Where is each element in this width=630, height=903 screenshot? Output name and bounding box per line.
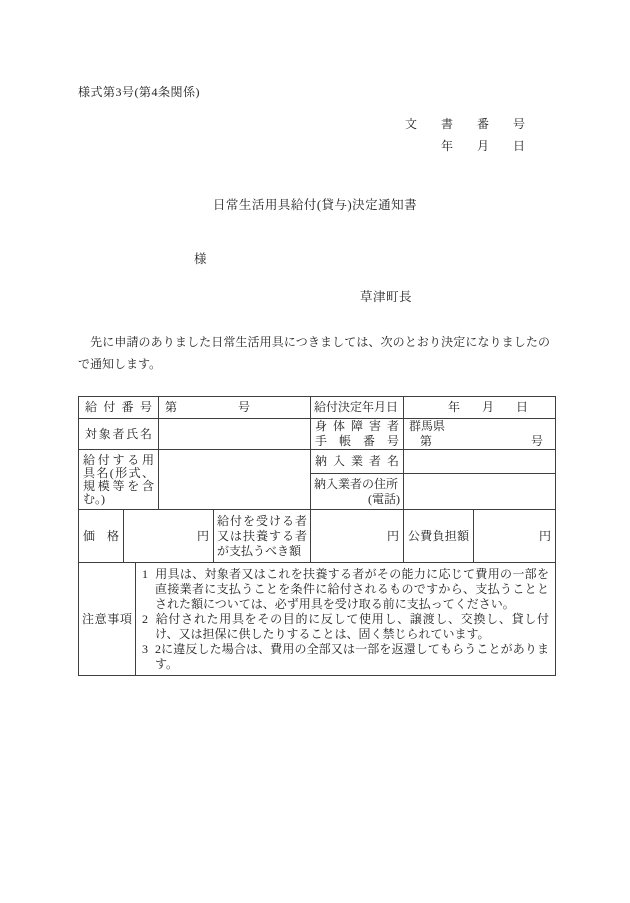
note-text: 給付された用具をその目的に反して使用し、譲渡し、交換し、貸し付け、又は担保に供し… [155, 612, 549, 641]
note-item: 32に違反した場合は、費用の全部又は一部を返還してもらうことがあります。 [142, 642, 549, 672]
payable-label: 給付を受ける者又は扶養する者が支払うべき額 [214, 514, 310, 559]
decision-date-value-cell: 年 月 日 [404, 397, 556, 419]
public-expense-label-cell: 公費負担額 [404, 510, 474, 563]
document-ref-block: 文 書 番 号 年 月 日 [405, 113, 555, 157]
public-expense-value-cell: 円 [474, 510, 556, 563]
table-subrow-supplier-name: 納入業者名 [311, 450, 556, 474]
certificate-prefix: 第 [420, 434, 432, 449]
certificate-label: 身体障害者 手帳番号 [311, 419, 403, 449]
equipment-value-cell [159, 450, 311, 510]
date-line: 年 月 日 [405, 135, 531, 157]
table-subrow-supplier-address: 納入業者の住所 (電話) [311, 474, 556, 510]
public-expense-label: 公費負担額 [404, 529, 473, 544]
issuer-name: 草津町長 [360, 287, 412, 305]
grant-number-prefix: 第 [165, 400, 177, 415]
payable-unit: 円 [311, 529, 403, 544]
payable-value-cell: 円 [311, 510, 404, 563]
supplier-address-label-line1: 納入業者の住所 [311, 477, 403, 492]
price-value-cell: 円 [124, 510, 214, 563]
supplier-address-value-cell [404, 474, 556, 510]
notes-label-cell: 注意事項 [79, 563, 136, 676]
grant-number-label-cell: 給付番号 [79, 397, 159, 419]
document-title: 日常生活用具給付(貸与)決定通知書 [0, 195, 630, 213]
certificate-value-cell: 群馬県 第 号 [404, 419, 556, 450]
decision-date-label-cell: 給付決定年月日 [311, 397, 404, 419]
table-row-price: 価格 円 給付を受ける者又は扶養する者が支払うべき額 円 公費負担額 円 [79, 510, 556, 563]
supplier-address-label-line2: (電話) [311, 492, 403, 507]
grant-number-value-cell: 第 号 [159, 397, 311, 419]
addressee-honorific: 様 [194, 249, 207, 267]
note-text: 2に違反した場合は、費用の全部又は一部を返還してもらうことがあります。 [155, 642, 549, 671]
decision-date-value: 年 月 日 [404, 400, 555, 415]
supplier-name-label-cell: 納入業者名 [311, 450, 404, 474]
certificate-prefecture: 群馬県 [404, 419, 555, 434]
notes-label: 注意事項 [79, 612, 135, 627]
table-row-equipment-supplier: 給付する用具名(形式、規模等を含む。) 納入業者名 納入業者の住所 (電話) [79, 450, 556, 510]
note-number: 1 [142, 567, 148, 581]
form-number: 様式第3号(第4条関係) [78, 83, 200, 100]
public-expense-unit: 円 [474, 529, 555, 544]
supplier-name-label: 納入業者名 [311, 454, 403, 469]
document-number-line: 文 書 番 号 [405, 113, 531, 135]
price-unit: 円 [124, 529, 213, 544]
equipment-label: 給付する用具名(形式、規模等を含む。) [79, 454, 158, 506]
recipient-label: 対象者氏名 [79, 427, 158, 442]
supplier-address-label-cell: 納入業者の住所 (電話) [311, 474, 404, 510]
note-item: 1用具は、対象者又はこれを扶養する者がその能力に応じて費用の一部を直接業者に支払… [142, 567, 549, 612]
notes-content-cell: 1用具は、対象者又はこれを扶養する者がその能力に応じて費用の一部を直接業者に支払… [136, 563, 556, 676]
decision-date-label: 給付決定年月日 [311, 400, 403, 415]
payable-label-cell: 給付を受ける者又は扶養する者が支払うべき額 [214, 510, 311, 563]
price-label: 価格 [79, 529, 123, 544]
recipient-value-cell [159, 419, 311, 450]
certificate-suffix: 号 [531, 434, 543, 449]
grant-number-suffix: 号 [238, 400, 250, 415]
note-item: 2給付された用具をその目的に反して使用し、譲渡し、交換し、貸し付け、又は担保に供… [142, 612, 549, 642]
note-number: 2 [142, 612, 148, 626]
table-row-notes: 注意事項 1用具は、対象者又はこれを扶養する者がその能力に応じて費用の一部を直接… [79, 563, 556, 676]
note-number: 3 [142, 642, 148, 656]
price-label-cell: 価格 [79, 510, 124, 563]
body-paragraph: 先に申請のありました日常生活用具につきましては、次のとおり決定になりましたので通… [78, 331, 550, 375]
note-text: 用具は、対象者又はこれを扶養する者がその能力に応じて費用の一部を直接業者に支払う… [155, 567, 549, 611]
recipient-label-cell: 対象者氏名 [79, 419, 159, 450]
document-page: 様式第3号(第4条関係) 文 書 番 号 年 月 日 日常生活用具給付(貸与)決… [0, 0, 630, 903]
table-row-grant-number: 給付番号 第 号 給付決定年月日 年 月 日 [79, 397, 556, 419]
table-row-recipient: 対象者氏名 身体障害者 手帳番号 群馬県 第 号 [79, 419, 556, 450]
equipment-label-cell: 給付する用具名(形式、規模等を含む。) [79, 450, 159, 510]
supplier-name-value-cell [404, 450, 556, 474]
certificate-label-cell: 身体障害者 手帳番号 [311, 419, 404, 450]
grant-number-label: 給付番号 [79, 400, 158, 415]
grant-decision-table: 給付番号 第 号 給付決定年月日 年 月 日 対象者氏名 身体障害者 手帳 [78, 396, 556, 676]
